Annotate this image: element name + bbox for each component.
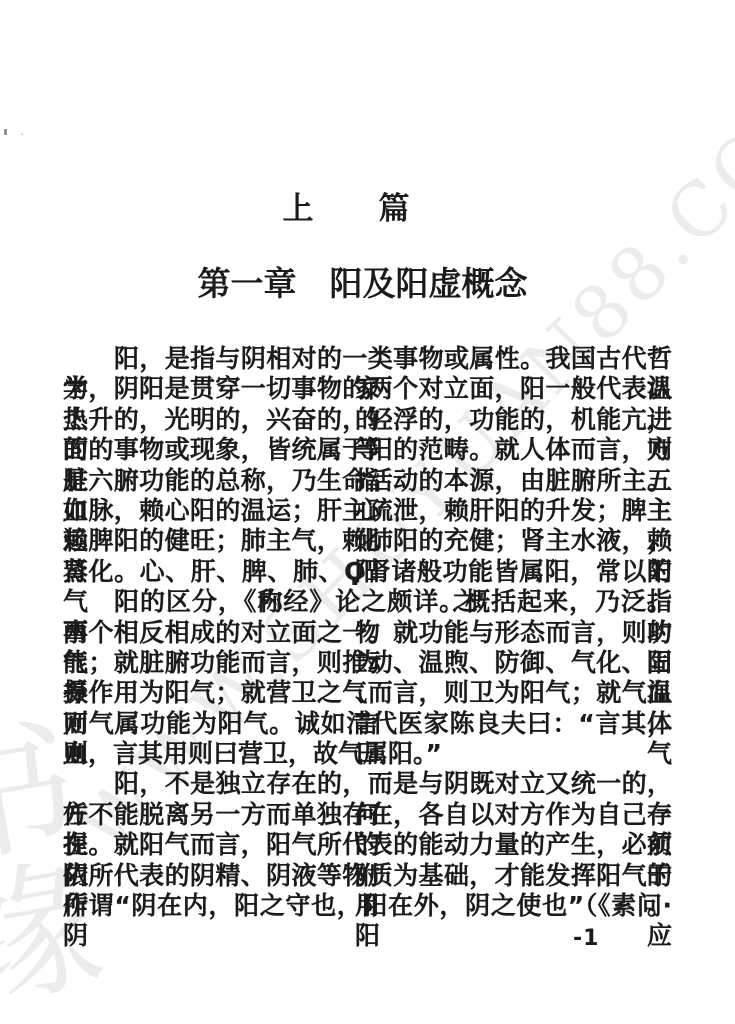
body-line: 脏六腑功能的总称，乃生命活动的本源，由脏腑所主。如心主: [63, 466, 672, 496]
body-line: 赖脾阳的健旺；肺主气，赖肺阳的充健；肾主水液，赖肾阳的: [63, 526, 672, 556]
scanned-book-page: WWW.SHUYUAN88.COM 书缘 上 篇 第一章 阳及阳虚概念 阳，是指…: [0, 0, 735, 1024]
body-line: 所谓“阴在内，阳之守也，阳在外，阴之使也”（《素问·阴阳应: [63, 891, 672, 921]
body-line: 方不能脱离另一方而单独存在，各自以对方作为自己存在的前: [63, 800, 672, 830]
body-line: 阳，不是独立存在的，而是与阴既对立又统一的，任何一: [63, 769, 672, 799]
body-line: 提。就阳气而言，阳气所代表的能动力量的产生，必须依附于: [63, 830, 672, 860]
body-line: 为，阴阳是贯穿一切事物的两个对立面，阳一般代表温热的，: [63, 374, 672, 404]
chapter-title: 第一章 阳及阳虚概念: [0, 258, 725, 305]
body-line: 血脉，赖心阳的温运；肝主疏泄，赖肝阳的升发；脾主运化，: [63, 496, 672, 526]
part-title: 上 篇: [0, 183, 693, 228]
body-line: 养作用为阳气；就营卫之气而言，则卫为阳气；就气血而言，: [63, 678, 672, 708]
body-line: 阳的区分，《内经》论之颇详。概括起来，乃泛指事物的: [63, 587, 672, 617]
body-line: 气；就脏腑功能而言，则推动、温煦、防御、气化、固摄、温: [63, 648, 672, 678]
body-line: 上升的，光明的，兴奋的，轻浮的，功能的，机能亢进的等方: [63, 405, 672, 435]
body-line: 阳，是指与阴相对的一类事物或属性。我国古代哲学家认: [63, 344, 672, 374]
body-line: 面的事物或现象，皆统属于阳的范畴。就人体而言，则是指五: [63, 435, 672, 465]
scan-speck: [21, 133, 23, 135]
body-line: 蒸化。心、肝、脾、肺、Ϙ肾诸般功能皆属阳，常以阳气称之。: [63, 557, 672, 587]
body-line: 则气属功能为阳气。诚如清代医家陈良夫曰：“言其体则曰气: [63, 709, 672, 739]
scan-speck: [4, 129, 7, 135]
page-number: -1: [573, 926, 599, 951]
body-text: 阳，是指与阴相对的一类事物或属性。我国古代哲学家认 为，阴阳是贯穿一切事物的两个…: [63, 344, 672, 921]
body-line: 阴所代表的阴精、阴液等物质为基础，才能发挥阳气的作用。: [63, 861, 672, 891]
body-line: 两个相反相成的对立面之一。就功能与形态而言，则功能为阳: [63, 618, 672, 648]
